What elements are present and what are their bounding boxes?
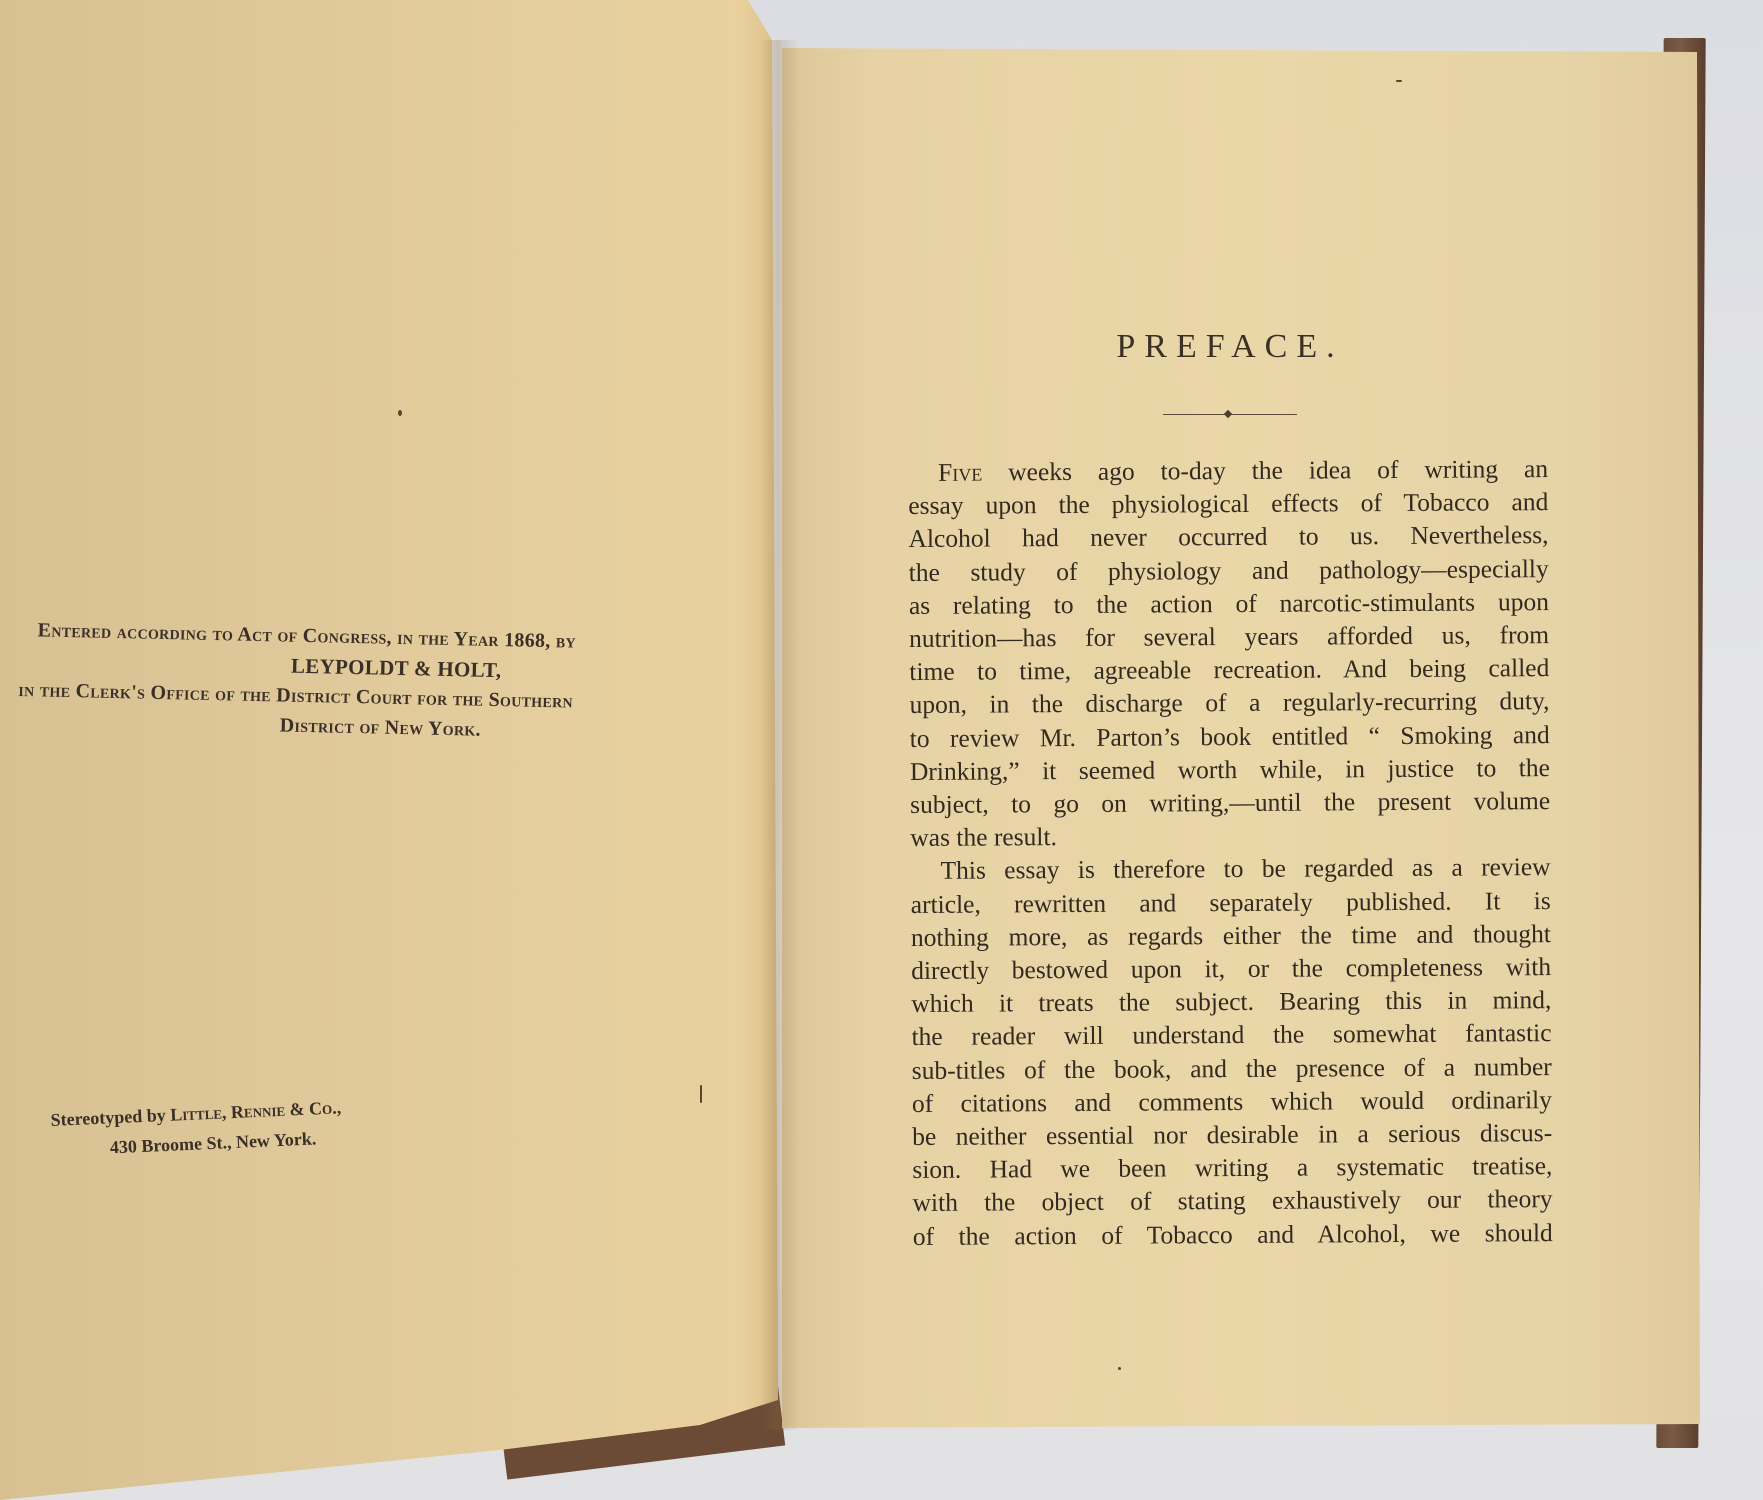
paper-speck [398,410,402,416]
text-line: sub-titles of the book, and the presence… [912,1050,1552,1087]
paragraph-1: Five weeks ago to-day the idea of writin… [908,452,1550,854]
text-line: directly bestowed upon it, or the comple… [911,950,1551,987]
text-line: subject, to go on writing,—until the pre… [910,784,1550,821]
text-line: of the action of Tobacco and Alcohol, we… [913,1216,1553,1253]
text-line: nutrition—has for several years afforded… [909,618,1549,655]
preface-body: Five weeks ago to-day the idea of writin… [908,452,1553,1253]
text-line-rest: weeks ago to-day the idea of writing an [982,454,1548,486]
paragraph-2: This essay is therefore to be regarded a… [910,851,1552,1253]
lead-word: Five [938,458,982,487]
text-line: the study of physiology and pathology—es… [909,552,1549,589]
paper-mark [700,1085,702,1103]
text-line: which it treats the subject. Bearing thi… [911,983,1551,1020]
text-line: was the result. [910,817,1550,854]
text-line: of citations and comments which would or… [912,1083,1552,1120]
text-line: upon, in the discharge of a regularly-re… [909,685,1549,722]
text-line: Alcohol had never occurred to us. Nevert… [908,518,1548,555]
text-line: Drinking,” it seemed worth while, in jus… [910,751,1550,788]
text-line: This essay is therefore to be regarded a… [910,851,1550,888]
left-page [0,0,780,1500]
diamond-ornament-icon [1224,410,1232,418]
page-title: PREFACE. [1100,328,1360,366]
stereotyper-name: Little, Rennie & Co., [170,1097,342,1124]
stereotyper-prefix: Stereotyped by [50,1105,170,1130]
text-line: article, rewritten and separately publis… [911,884,1551,921]
text-line: the reader will understand the somewhat … [911,1017,1551,1054]
paper-speck [1396,80,1402,82]
text-line: with the object of stating exhaustively … [912,1183,1552,1220]
text-line: sion. Had we been writing a systematic t… [912,1149,1552,1186]
text-line: as relating to the action of narcotic-st… [909,585,1549,622]
text-line: time to time, agreeable recreation. And … [909,651,1549,688]
copyright-notice: Entered according to Act of Congress, in… [17,615,719,750]
text-line: nothing more, as regards either the time… [911,917,1551,954]
text-line: Five weeks ago to-day the idea of writin… [908,452,1548,489]
paper-speck [1118,1367,1121,1370]
text-line: to review Mr. Parton’s book entitled “ S… [910,718,1550,755]
ornamental-rule [1163,410,1297,420]
text-line: be neither essential nor desirable in a … [912,1116,1552,1153]
book-gutter [760,40,800,1430]
text-line: essay upon the physiological effects of … [908,485,1548,522]
